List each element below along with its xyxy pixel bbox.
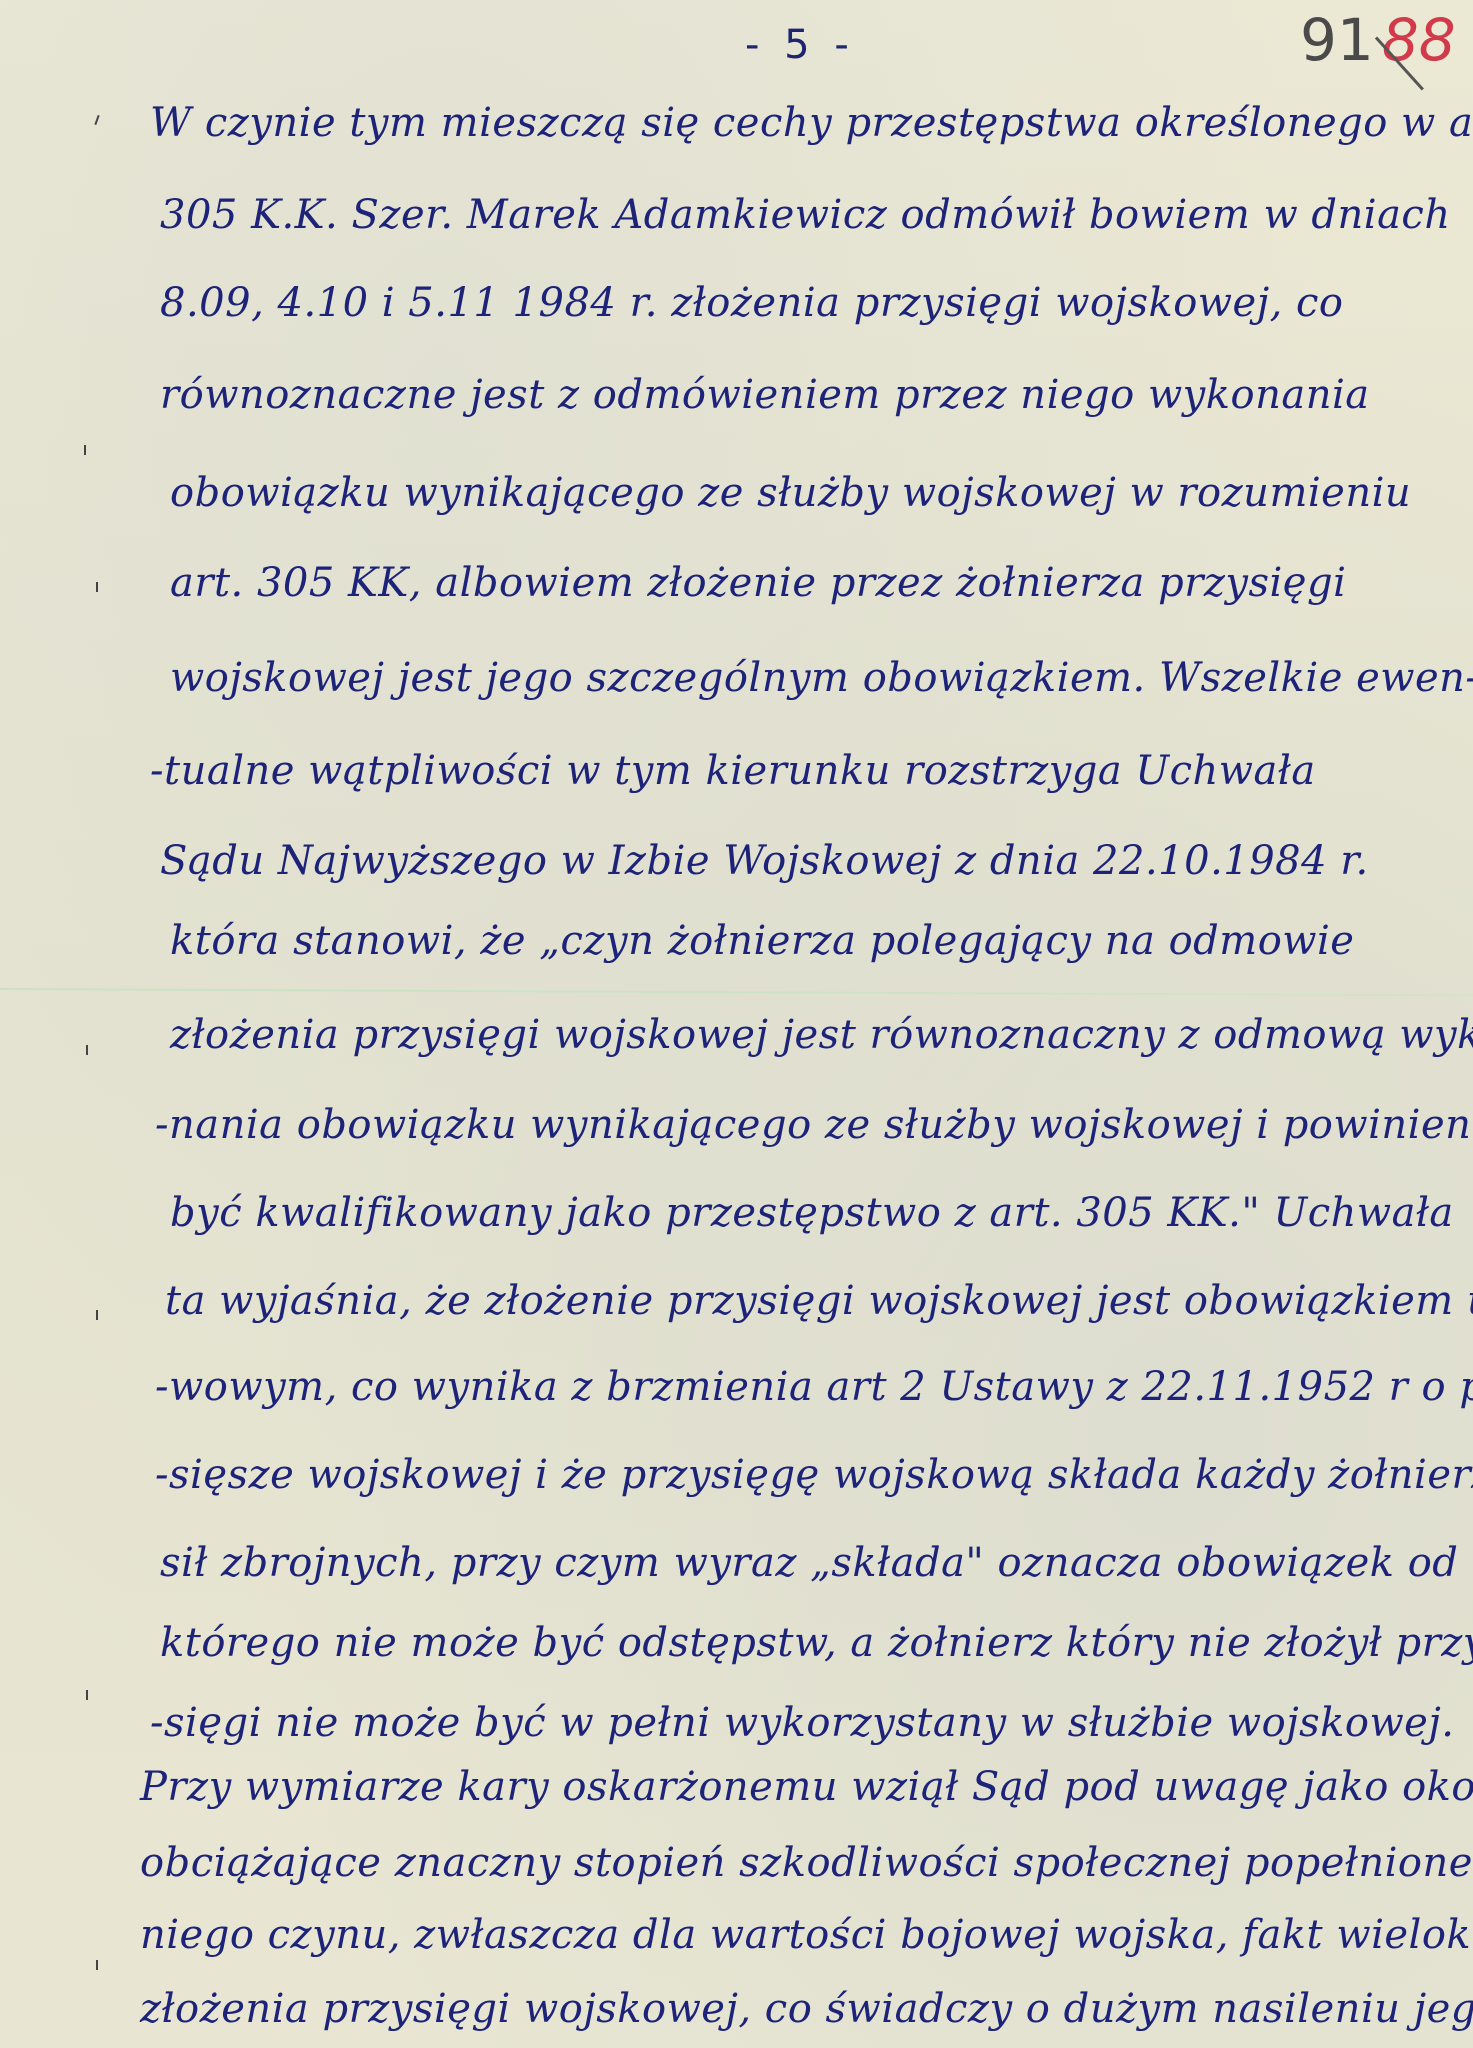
margin-tick — [96, 582, 98, 592]
handwritten-line: Sądu Najwyższego w Izbie Wojskowej z dni… — [160, 838, 1369, 884]
handwritten-line: równoznaczne jest z odmówieniem przez ni… — [160, 372, 1370, 418]
handwritten-line: -sięgi nie może być w pełni wykorzystany… — [150, 1700, 1454, 1746]
handwritten-line: W czynie tym mieszczą się cechy przestęp… — [150, 100, 1473, 146]
handwritten-line: -nania obowiązku wynikającego ze służby … — [155, 1102, 1471, 1148]
handwritten-line: -sięsze wojskowej i że przysięgę wojskow… — [155, 1452, 1473, 1498]
margin-tick — [96, 1960, 98, 1970]
handwritten-line: -tualne wątpliwości w tym kierunku rozst… — [150, 748, 1316, 794]
handwritten-line: obciążające znaczny stopień szkodliwości… — [140, 1840, 1473, 1886]
handwritten-line: ta wyjaśnia, że złożenie przysięgi wojsk… — [165, 1278, 1473, 1324]
folio-number: 9188 — [1300, 6, 1456, 74]
handwritten-line: którego nie może być odstępstw, a żołnie… — [160, 1620, 1473, 1666]
handwritten-line: złożenia przysięgi wojskowej jest równoz… — [170, 1012, 1473, 1058]
page-marker: - 5 - — [745, 22, 855, 68]
folio-current: 91 — [1300, 6, 1374, 74]
handwritten-line: obowiązku wynikającego ze służby wojskow… — [170, 470, 1411, 516]
handwritten-line: 305 K.K. Szer. Marek Adamkiewicz odmówił… — [160, 192, 1451, 238]
margin-tick — [96, 1310, 98, 1320]
margin-tick — [84, 445, 86, 455]
handwritten-line: sił zbrojnych, przy czym wyraz „składa" … — [160, 1540, 1458, 1586]
handwritten-line: -wowym, co wynika z brzmienia art 2 Usta… — [155, 1364, 1473, 1410]
handwritten-line: niego czynu, zwłaszcza dla wartości bojo… — [140, 1912, 1473, 1958]
handwritten-line: wojskowej jest jego szczególnym obowiązk… — [170, 655, 1473, 701]
margin-tick — [86, 1690, 88, 1700]
handwritten-line: być kwalifikowany jako przestępstwo z ar… — [170, 1190, 1454, 1236]
handwritten-line: art. 305 KK, albowiem złożenie przez żoł… — [170, 560, 1346, 606]
margin-tick — [86, 1045, 88, 1055]
handwritten-line: Przy wymiarze kary oskarżonemu wziął Sąd… — [140, 1764, 1473, 1810]
folio-crossed-out: 88 — [1382, 6, 1456, 74]
handwritten-line: 8.09, 4.10 i 5.11 1984 r. złożenia przys… — [160, 280, 1344, 326]
handwritten-line: która stanowi, że „czyn żołnierza polega… — [170, 918, 1354, 964]
handwritten-line: złożenia przysięgi wojskowej, co świadcz… — [140, 1986, 1473, 2032]
